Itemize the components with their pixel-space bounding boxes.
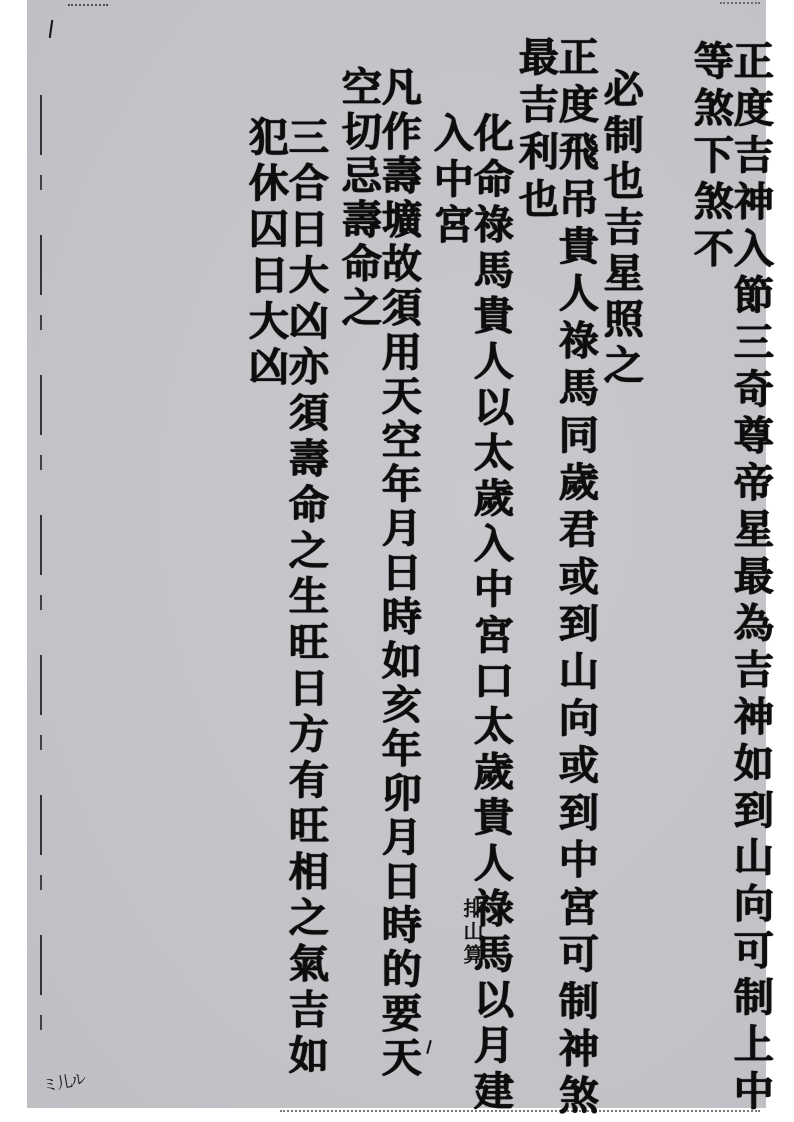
scan-artifact-top-left [68, 4, 108, 9]
text-column-6: 三合日大凶亦須壽命之生旺日方有旺相之氣吉如犯休囚日大凶 [245, 116, 325, 1122]
left-margin-rule [40, 95, 42, 1075]
text-column-1: 正度吉神入節三奇尊帝星最為吉神如到山向可制上中等煞下煞不 [690, 40, 770, 1122]
scan-artifact-top-right [720, 2, 760, 6]
text-column-4: 化命祿馬貴人以太歲入中宮口太歲貴人祿馬以月建入中宮 [430, 112, 510, 1122]
text-column-2: 必制也吉星照之 [600, 68, 640, 390]
text-column-5: 凡作壽壙故須用天空年月日時如亥年卯月日時的要天空切忌壽命之 [338, 66, 418, 1122]
text-column-3: 正度飛吊貴人祿馬同歲君或到山向或到中宮可制神煞最吉利也 [515, 36, 595, 1122]
interlinear-note: 排山算 [462, 898, 482, 967]
